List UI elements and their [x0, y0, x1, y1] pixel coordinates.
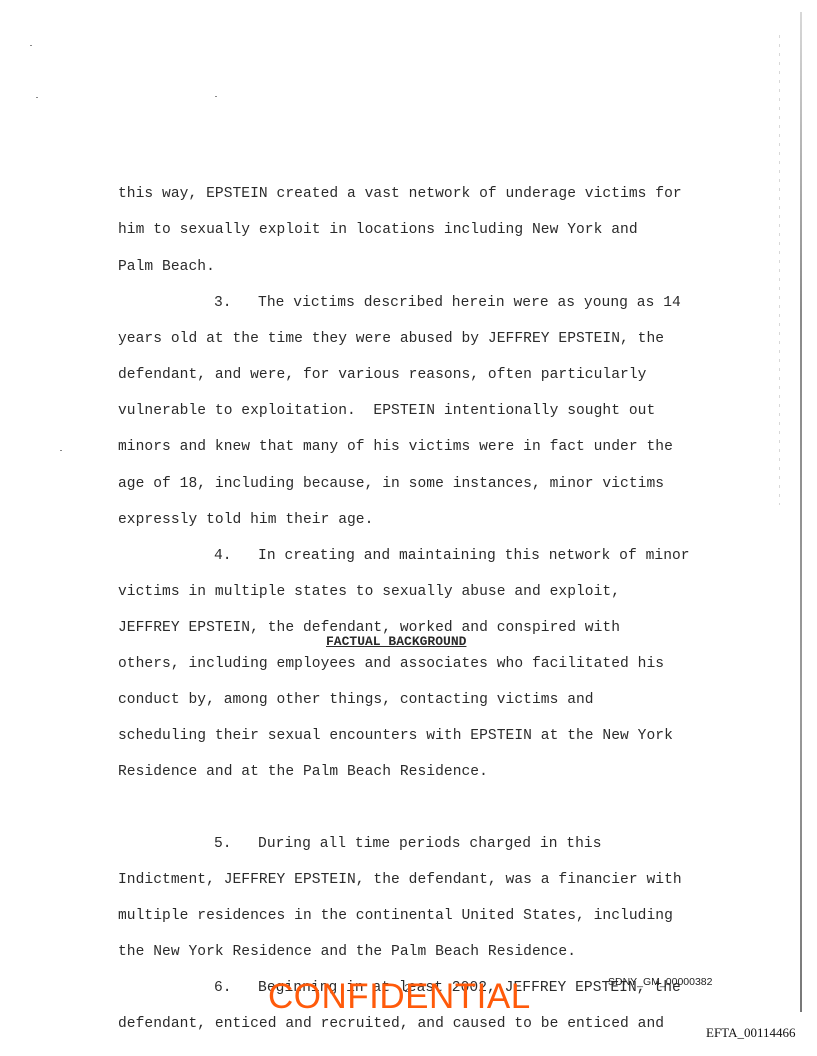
bates-number: SDNY_GM_00000382 [608, 976, 712, 988]
paragraph-5-start: 5. During all time periods charged in th… [214, 836, 602, 852]
scan-speck [215, 96, 217, 97]
scan-edge-line [800, 12, 802, 1012]
scan-speck [30, 45, 32, 46]
efta-number: EFTA_00114466 [706, 1025, 795, 1041]
scan-artifact-line [779, 35, 780, 505]
body-line: vulnerable to exploitation. EPSTEIN inte… [118, 403, 655, 419]
body-line: defendant, enticed and recruited, and ca… [118, 1016, 664, 1032]
confidential-watermark: CONFIDENTIAL [268, 977, 531, 1017]
body-line: multiple residences in the continental U… [118, 908, 673, 924]
body-line: him to sexually exploit in locations inc… [118, 222, 638, 238]
body-line: Indictment, JEFFREY EPSTEIN, the defenda… [118, 872, 682, 888]
body-line: scheduling their sexual encounters with … [118, 728, 673, 744]
scan-speck [36, 97, 38, 98]
body-line: others, including employees and associat… [118, 656, 664, 672]
body-line: victims in multiple states to sexually a… [118, 584, 620, 600]
paragraph-4-start: 4. In creating and maintaining this netw… [214, 548, 690, 564]
body-line: defendant, and were, for various reasons… [118, 367, 646, 383]
body-line: age of 18, including because, in some in… [118, 476, 664, 492]
body-line: minors and knew that many of his victims… [118, 439, 673, 455]
section-heading: FACTUAL BACKGROUND [326, 634, 466, 649]
body-line: years old at the time they were abused b… [118, 331, 664, 347]
body-line: Palm Beach. [118, 259, 215, 275]
body-line: expressly told him their age. [118, 512, 373, 528]
body-line: the New York Residence and the Palm Beac… [118, 944, 576, 960]
paragraph-3-start: 3. The victims described herein were as … [214, 295, 681, 311]
document-page: this way, EPSTEIN created a vast network… [0, 0, 817, 1056]
body-line: Residence and at the Palm Beach Residenc… [118, 764, 488, 780]
body-line: this way, EPSTEIN created a vast network… [118, 186, 682, 202]
scan-speck [60, 450, 62, 451]
body-line: conduct by, among other things, contacti… [118, 692, 594, 708]
